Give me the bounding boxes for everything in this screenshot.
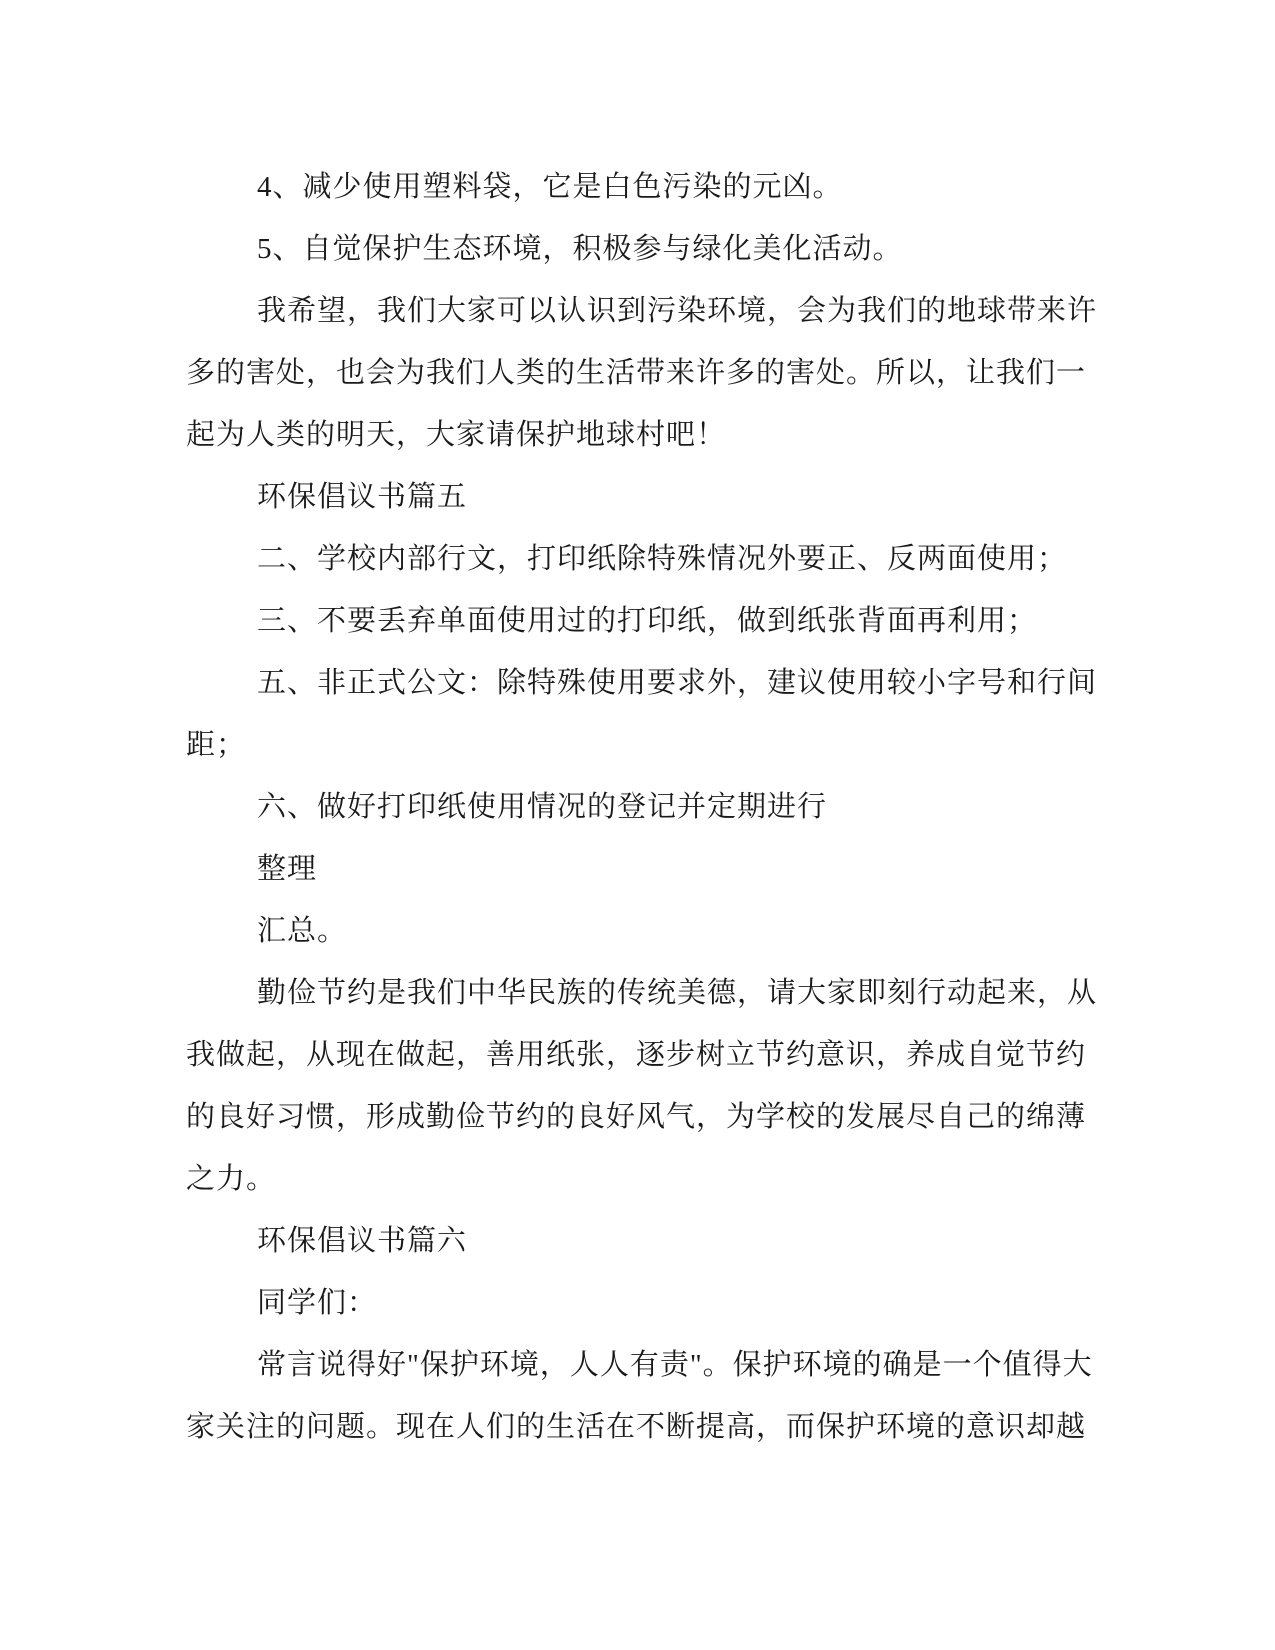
text-line: 勤俭节约是我们中华民族的传统美德，请大家即刻行动起来，从 <box>186 962 1090 1024</box>
text-line: 多的害处，也会为我们人类的生活带来许多的害处。所以，让我们一 <box>186 342 1090 404</box>
text-line: 之力。 <box>186 1148 1090 1210</box>
document-page: 4、减少使用塑料袋，它是白色污染的元凶。 5、自觉保护生态环境，积极参与绿化美化… <box>0 0 1275 1650</box>
text-line: 的良好习惯，形成勤俭节约的良好风气，为学校的发展尽自己的绵薄 <box>186 1086 1090 1148</box>
document-text-block: 4、减少使用塑料袋，它是白色污染的元凶。 5、自觉保护生态环境，积极参与绿化美化… <box>186 156 1090 1458</box>
section-title: 环保倡议书篇六 <box>186 1210 1090 1272</box>
text-line: 汇总。 <box>186 900 1090 962</box>
text-line: 整理 <box>186 838 1090 900</box>
text-line: 我希望，我们大家可以认识到污染环境，会为我们的地球带来许 <box>186 280 1090 342</box>
text-line: 五、非正式公文：除特殊使用要求外，建议使用较小字号和行间 <box>186 652 1090 714</box>
text-line: 5、自觉保护生态环境，积极参与绿化美化活动。 <box>186 218 1090 280</box>
text-line: 起为人类的明天，大家请保护地球村吧！ <box>186 404 1090 466</box>
text-line: 家关注的问题。现在人们的生活在不断提高，而保护环境的意识却越 <box>186 1396 1090 1458</box>
text-line: 二、学校内部行文，打印纸除特殊情况外要正、反两面使用； <box>186 528 1090 590</box>
text-line: 六、做好打印纸使用情况的登记并定期进行 <box>186 776 1090 838</box>
text-line: 4、减少使用塑料袋，它是白色污染的元凶。 <box>186 156 1090 218</box>
text-line: 三、不要丢弃单面使用过的打印纸，做到纸张背面再利用； <box>186 590 1090 652</box>
text-line: 我做起，从现在做起，善用纸张，逐步树立节约意识，养成自觉节约 <box>186 1024 1090 1086</box>
text-line: 同学们： <box>186 1272 1090 1334</box>
section-title: 环保倡议书篇五 <box>186 466 1090 528</box>
text-line: 常言说得好"保护环境，人人有责"。保护环境的确是一个值得大 <box>186 1334 1090 1396</box>
text-line: 距； <box>186 714 1090 776</box>
